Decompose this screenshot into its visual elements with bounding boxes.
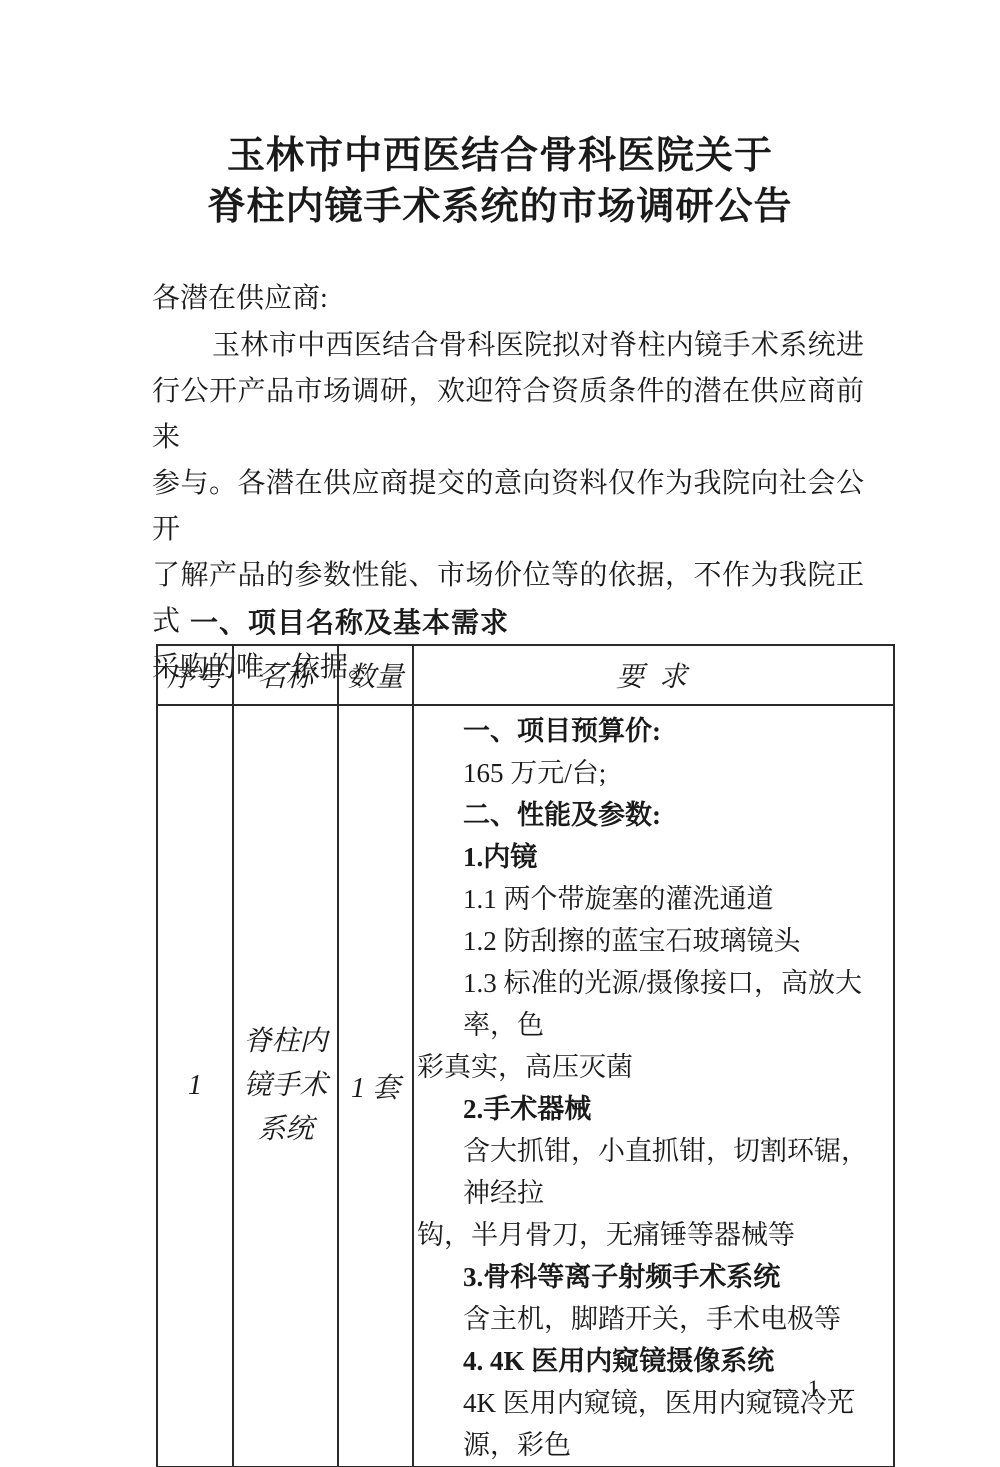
text-line: 行公开产品市场调研，欢迎符合资质条件的潜在供应商前来 [152,369,864,461]
cell-seq: 1 [157,705,233,1467]
text-line: 参与。各潜在供应商提交的意向资料仅作为我院向社会公开 [152,461,864,553]
text-line: 脊柱内 [234,1020,337,1064]
cell-quantity: 1 套 [338,705,413,1467]
text-line: 1.3 标准的光源/摄像接口，高放大率，色 [416,962,891,1046]
text-line: 玉林市中西医结合骨科医院关于 [0,131,1000,182]
document-title: 玉林市中西医结合骨科医院关于脊柱内镜手术系统的市场调研公告 [0,131,1000,233]
text-line: 钩，半月骨刀，无痛锤等器械等 [416,1214,891,1256]
text-line: 3.骨科等离子射频手术系统 [416,1256,891,1298]
cell-requirements: 一、项目预算价:165 万元/台;二、性能及参数:1.内镜1.1 两个带旋塞的灌… [413,705,894,1467]
col-header-seq: 序号 [157,645,233,705]
text-line: 1.2 防刮擦的蓝宝石玻璃镜头 [416,920,891,962]
text-line: 系统 [234,1108,337,1152]
text-line: 镜手术 [234,1064,337,1108]
text-line: 2.手术器械 [416,1088,891,1130]
text-line: 二、性能及参数: [416,794,891,836]
text-line: 一、项目预算价: [416,710,891,752]
text-line: 彩真实，高压灭菌 [416,1046,891,1088]
text-line: 脊柱内镜手术系统的市场调研公告 [0,182,1000,233]
requirements-table: 序号 名称 数量 要 求 1 脊柱内镜手术系统 1 套 一、项目预算价:165 … [156,644,895,1467]
document-page: 玉林市中西医结合骨科医院关于脊柱内镜手术系统的市场调研公告 各潜在供应商: 玉林… [0,0,1000,1467]
text-line: 1.1 两个带旋塞的灌洗通道 [416,878,891,920]
col-header-quantity: 数量 [338,645,413,705]
table-header-row: 序号 名称 数量 要 求 [157,645,894,705]
text-line: 玉林市中西医结合骨科医院拟对脊柱内镜手术系统进 [152,323,864,369]
page-number: — 1 — [763,1376,867,1402]
table-row: 1 脊柱内镜手术系统 1 套 一、项目预算价:165 万元/台;二、性能及参数:… [157,705,894,1467]
cell-name: 脊柱内镜手术系统 [233,705,338,1467]
text-line: 含主机，脚踏开关，手术电极等 [416,1298,891,1340]
text-line: 含大抓钳，小直抓钳，切割环锯，神经拉 [416,1130,891,1214]
section-heading: 一、项目名称及基本需求 [190,601,509,641]
col-header-requirements: 要 求 [413,645,894,705]
text-line: 165 万元/台; [416,752,891,794]
text-line: 1.内镜 [416,836,891,878]
salutation: 各潜在供应商: [152,281,328,317]
col-header-name: 名称 [233,645,338,705]
